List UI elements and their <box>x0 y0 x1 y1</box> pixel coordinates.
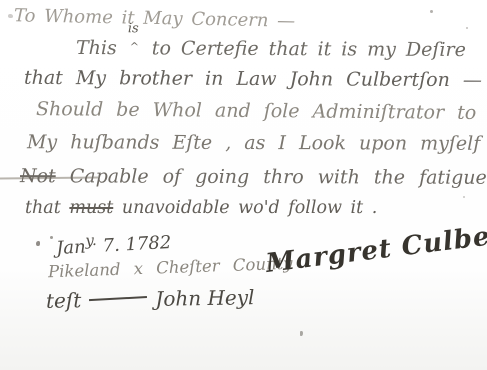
witness-name: John Heyl <box>155 285 255 311</box>
line6-rest: Capable of going thro with the fatigue <box>70 165 487 188</box>
scanned-letter: To Whome it May Concern — This is^ to Ce… <box>0 0 487 370</box>
attestation-line: teſtJohn Heyl <box>46 286 255 312</box>
line7-rest: unavoidable wo'd follow it . <box>122 198 377 218</box>
ink-speck <box>466 27 468 29</box>
ink-speck <box>463 196 465 198</box>
letter-line-estate: My huſbands Eſte , as I Look upon myſelf <box>27 132 480 154</box>
attestation-word: teſt <box>46 288 82 313</box>
line2-rest: to Certefie that it is my Deſire <box>152 37 466 61</box>
letter-line-capable: Not Capable of going thro with the fatig… <box>20 166 487 189</box>
ink-speck <box>8 14 13 18</box>
date-line: Jany. 7. 1782 <box>55 228 171 259</box>
signature-margret-culbertson: Margret Culbertson <box>264 213 487 279</box>
letter-line-certify: This is^ to Certefie that it is my Deſir… <box>76 36 466 61</box>
letter-line-follow: that must unavoidable wo'd follow it . <box>25 199 377 218</box>
line2-start: This <box>76 37 117 59</box>
ink-speck <box>300 331 303 336</box>
pen-dash <box>89 296 147 301</box>
date-day-year: 7. 1782 <box>102 232 172 257</box>
inserted-word: is <box>128 22 139 36</box>
place-line: Pikeland x Cheſter County <box>48 255 293 282</box>
struck-word-not: Not <box>20 165 56 187</box>
ink-speck <box>50 236 53 239</box>
letter-salutation: To Whome it May Concern — <box>14 6 296 31</box>
caret-mark: ^ <box>130 41 139 53</box>
struck-word-must: must <box>69 198 113 218</box>
inserted-word-block: is^ <box>127 36 142 54</box>
date-month: Jan <box>56 236 87 259</box>
letter-line-administrator: Should be Whol and ſole Adminiſtrator to <box>36 99 476 124</box>
date-superscript: y. <box>85 231 97 250</box>
ink-speck <box>36 241 40 246</box>
line7-start: that <box>25 198 61 218</box>
letter-line-brother: that My brother in Law John Culbertſon — <box>24 68 482 91</box>
ink-speck <box>430 10 433 13</box>
